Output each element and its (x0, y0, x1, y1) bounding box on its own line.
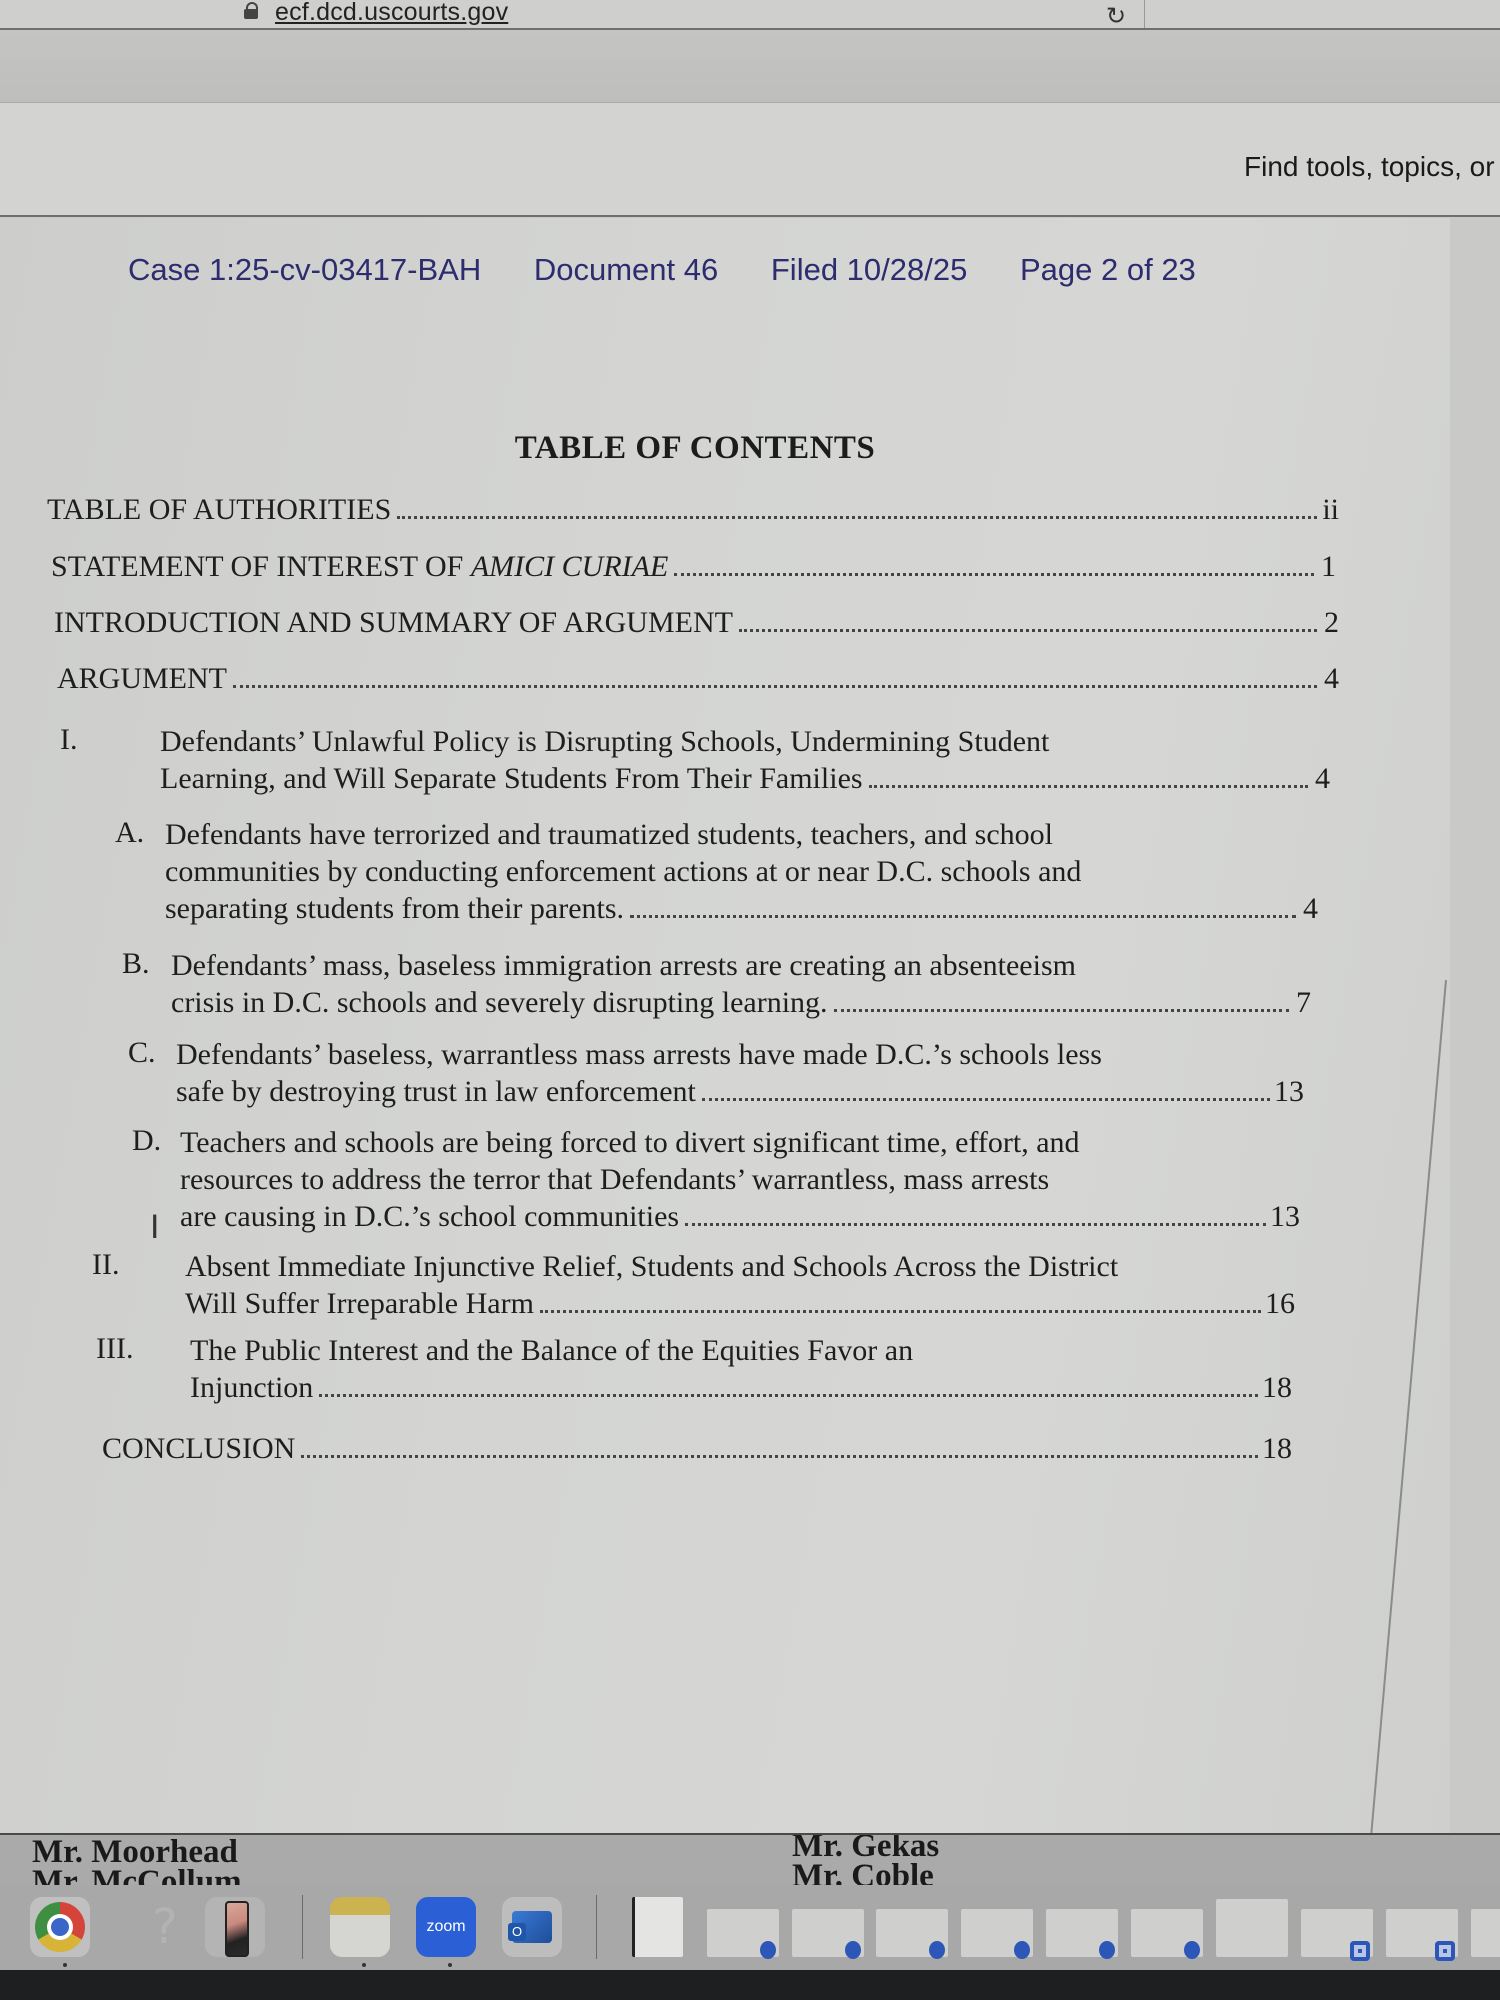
section-numeral: C. (128, 1036, 156, 1070)
pdf-viewer-header: Find tools, topics, or (0, 103, 1500, 217)
safari-badge-icon (1184, 1941, 1200, 1959)
toc-entry-label: INTRODUCTION AND SUMMARY OF ARGUMENT (54, 604, 733, 641)
reload-icon[interactable]: ↻ (1106, 2, 1126, 30)
toc-entry-line: safe by destroying trust in law enforcem… (176, 1073, 696, 1110)
dot-leader (674, 572, 1314, 576)
toc-title: TABLE OF CONTENTS (0, 430, 1390, 467)
toc-page-number: 16 (1265, 1285, 1295, 1322)
dot-leader (301, 1454, 1258, 1458)
safari-badge-icon (1099, 1941, 1115, 1959)
toc-entry[interactable]: ARGUMENT 4 (57, 660, 1339, 697)
document-page: Case 1:25-cv-03417-BAH Document 46 Filed… (0, 218, 1450, 1833)
toc-entry[interactable]: CONCLUSION 18 (102, 1430, 1292, 1467)
safari-badge-icon (845, 1941, 861, 1959)
toc-entry-line: Defendants’ baseless, warrantless mass a… (176, 1036, 1102, 1073)
zoom-icon[interactable]: zoom (416, 1897, 476, 1957)
toc-entry-line: crisis in D.C. schools and severely disr… (171, 984, 828, 1021)
help-icon[interactable]: ? (135, 1897, 195, 1957)
iphone-mirroring-icon[interactable] (205, 1897, 265, 1957)
page-indicator: Page 2 of 23 (1020, 252, 1196, 287)
lock-icon (244, 2, 258, 18)
dot-leader (685, 1222, 1266, 1226)
browser-toolbar (0, 30, 1500, 103)
chrome-icon[interactable] (30, 1897, 90, 1957)
toc-page-number: 4 (1300, 890, 1318, 927)
find-tools-search[interactable]: Find tools, topics, or (1244, 151, 1500, 183)
toc-entry-line: resources to address the terror that Def… (180, 1161, 1049, 1198)
toc-page-number: 13 (1274, 1073, 1304, 1110)
toolbar-divider (1144, 0, 1145, 28)
preview-badge-icon (1350, 1941, 1370, 1961)
dot-leader (630, 914, 1296, 918)
section-numeral: B. (122, 947, 150, 981)
case-number: Case 1:25-cv-03417-BAH (128, 252, 481, 287)
toc-entry[interactable]: Defendants have terrorized and traumatiz… (165, 816, 1318, 927)
toc-page-number: 4 (1321, 660, 1339, 697)
toc-entry[interactable]: The Public Interest and the Balance of t… (190, 1332, 1292, 1406)
case-header: Case 1:25-cv-03417-BAH Document 46 Filed… (128, 252, 1240, 288)
filed-date: Filed 10/28/25 (771, 252, 967, 287)
toc-page-number: 4 (1312, 760, 1330, 797)
outlook-icon[interactable]: O (502, 1897, 562, 1957)
preview-badge-icon (1435, 1941, 1455, 1961)
section-numeral: II. (92, 1248, 119, 1282)
toc-entry[interactable]: Absent Immediate Injunctive Relief, Stud… (185, 1248, 1295, 1322)
safari-badge-icon (1014, 1941, 1030, 1959)
section-numeral: A. (115, 816, 144, 850)
toc-entry[interactable]: Defendants’ baseless, warrantless mass a… (176, 1036, 1304, 1110)
toc-page-number: 18 (1262, 1369, 1292, 1406)
dot-leader (397, 515, 1317, 519)
screen-bezel (0, 1970, 1500, 2000)
dot-leader (540, 1309, 1261, 1313)
running-indicator (448, 1963, 452, 1967)
section-numeral: D. (132, 1124, 161, 1158)
dot-leader (319, 1393, 1258, 1397)
name-text: Mr. McCollum (32, 1867, 242, 1887)
toc-entry[interactable]: INTRODUCTION AND SUMMARY OF ARGUMENT 2 (54, 604, 1339, 641)
document-number: Document 46 (534, 252, 718, 287)
notes-icon[interactable] (330, 1897, 390, 1957)
background-window[interactable]: Mr. Moorhead Mr. McCollum Mr. Gekas Mr. … (0, 1833, 1500, 1887)
toc-entry-line: Defendants’ Unlawful Policy is Disruptin… (160, 723, 1049, 760)
toc-page-number: 13 (1270, 1198, 1300, 1235)
running-indicator (362, 1963, 366, 1967)
document-thumbnail-icon[interactable] (632, 1897, 683, 1957)
toc-entry-label: TABLE OF AUTHORITIES (47, 491, 391, 528)
toc-entry[interactable]: STATEMENT OF INTEREST OF AMICI CURIAE 1 (51, 548, 1336, 585)
dot-leader (233, 684, 1317, 688)
toc-page-number: 1 (1318, 548, 1336, 585)
browser-address-bar[interactable]: ecf.dcd.uscourts.gov ↻ (0, 0, 1500, 30)
dock: ? zoom O (0, 1885, 1500, 1970)
dot-leader (869, 784, 1308, 788)
toc-entry-line: Teachers and schools are being forced to… (180, 1124, 1080, 1161)
section-numeral: I. (60, 723, 78, 757)
dot-leader (834, 1008, 1289, 1012)
toc-entry-line: Injunction (190, 1369, 313, 1406)
running-indicator (63, 1963, 67, 1967)
name-text: Mr. Coble (792, 1861, 934, 1887)
url-text[interactable]: ecf.dcd.uscourts.gov (275, 0, 508, 27)
name-text: Mr. Gekas (792, 1833, 939, 1861)
toc-entry[interactable]: TABLE OF AUTHORITIES ii (47, 491, 1339, 528)
toc-entry-line: Will Suffer Irreparable Harm (185, 1285, 534, 1322)
toc-entry-label: STATEMENT OF INTEREST OF AMICI CURIAE (51, 548, 668, 585)
toc-entry-label: CONCLUSION (102, 1430, 295, 1467)
section-numeral: III. (96, 1332, 133, 1366)
toc-entry-line: Defendants have terrorized and traumatiz… (165, 816, 1053, 853)
minimized-window[interactable] (1216, 1899, 1288, 1957)
toc-entry-line: separating students from their parents. (165, 890, 624, 927)
toc-entry-line: communities by conducting enforcement ac… (165, 853, 1081, 890)
toc-entry-line: Defendants’ mass, baseless immigration a… (171, 947, 1076, 984)
toc-page-number: 7 (1293, 984, 1311, 1021)
name-text: Mr. Moorhead (32, 1837, 238, 1867)
toc-page-number: 2 (1321, 604, 1339, 641)
dock-separator (302, 1895, 303, 1959)
dot-leader (702, 1097, 1270, 1101)
safari-badge-icon (929, 1941, 945, 1959)
toc-entry-line: Absent Immediate Injunctive Relief, Stud… (185, 1248, 1118, 1285)
toc-entry-line: are causing in D.C.’s school communities (180, 1198, 679, 1235)
toc-entry[interactable]: Defendants’ mass, baseless immigration a… (171, 947, 1311, 1021)
toc-page-number: 18 (1262, 1430, 1292, 1467)
toc-page-number: ii (1321, 491, 1339, 528)
toc-entry-line: The Public Interest and the Balance of t… (190, 1332, 913, 1369)
dock-separator (596, 1895, 597, 1959)
minimized-window[interactable] (1471, 1909, 1500, 1957)
toc-entry[interactable]: Teachers and schools are being forced to… (180, 1124, 1300, 1235)
toc-entry-label: ARGUMENT (57, 660, 227, 697)
toc-entry[interactable]: Defendants’ Unlawful Policy is Disruptin… (160, 723, 1330, 797)
toc-entry-line: Learning, and Will Separate Students Fro… (160, 760, 863, 797)
safari-badge-icon (760, 1941, 776, 1959)
dot-leader (739, 628, 1317, 632)
text-cursor-icon: I (150, 1208, 159, 1246)
